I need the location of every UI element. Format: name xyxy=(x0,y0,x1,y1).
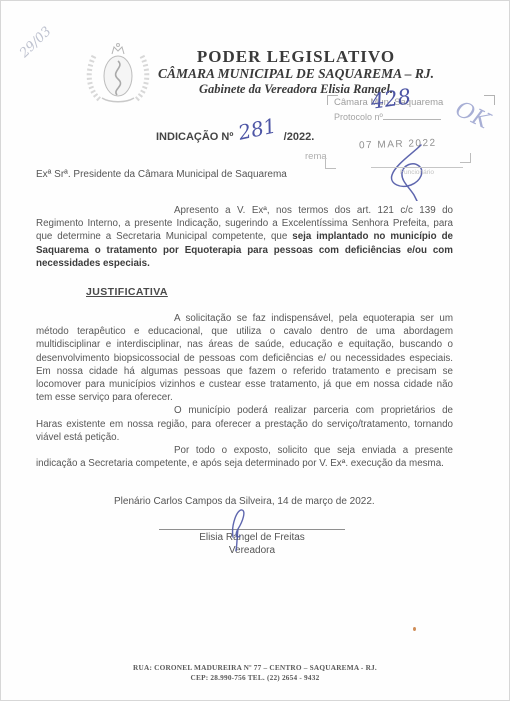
stamp-protocol-label-text: Protocolo nº xyxy=(334,112,383,122)
handwritten-indication-number: 281 xyxy=(237,113,279,144)
signer-signature-stroke xyxy=(225,505,255,551)
document-page: 29/03 PODER LEGISLATIVO CÂMARA MUNICIPAL… xyxy=(0,0,510,701)
paragraph-justification-2: O município poderá realizar parceria com… xyxy=(36,404,453,444)
protocol-stamp: Câmara Mun. Saquarema Protocolo nº 428 O… xyxy=(307,95,497,187)
footer-cep-phone-line: CEP: 28.990-756 TEL. (22) 2654 - 9432 xyxy=(1,673,509,683)
stamp-corner-bracket xyxy=(460,153,471,163)
signature-block: Elisia Rangel de Freitas Vereadora xyxy=(159,529,345,557)
stamp-corner-bracket xyxy=(484,95,495,105)
paragraph-justification-1: A solicitação se faz indispensável, pela… xyxy=(36,312,453,404)
stamp-protocol-label: Protocolo nº xyxy=(334,111,441,122)
paragraph-request: Apresento a V. Exª, nos termos dos art. … xyxy=(36,204,453,270)
place-and-date-line: Plenário Carlos Campos da Silveira, 14 d… xyxy=(114,496,453,507)
stamp-clerk-label: Funcionário xyxy=(371,167,463,176)
footer-address: RUA: CORONEL MADUREIRA Nº 77 – CENTRO – … xyxy=(1,663,509,682)
indication-label: INDICAÇÃO Nº xyxy=(156,131,233,143)
municipal-crest-icon xyxy=(84,42,152,108)
stamp-protocol-blank-line xyxy=(383,111,441,120)
stamp-ghost-fragment: rema xyxy=(305,151,327,162)
justification-heading: JUSTIFICATIVA xyxy=(86,286,453,298)
handwritten-corner-note: 29/03 xyxy=(17,24,54,61)
document-body: Exª Srª. Presidente da Câmara Municipal … xyxy=(1,169,509,557)
scan-speck xyxy=(413,627,416,631)
footer-street-line: RUA: CORONEL MADUREIRA Nº 77 – CENTRO – … xyxy=(1,663,509,673)
paragraph-closing-request: Por todo o exposto, solicito que seja en… xyxy=(36,444,453,470)
handwritten-protocol-number: 428 xyxy=(370,84,413,113)
